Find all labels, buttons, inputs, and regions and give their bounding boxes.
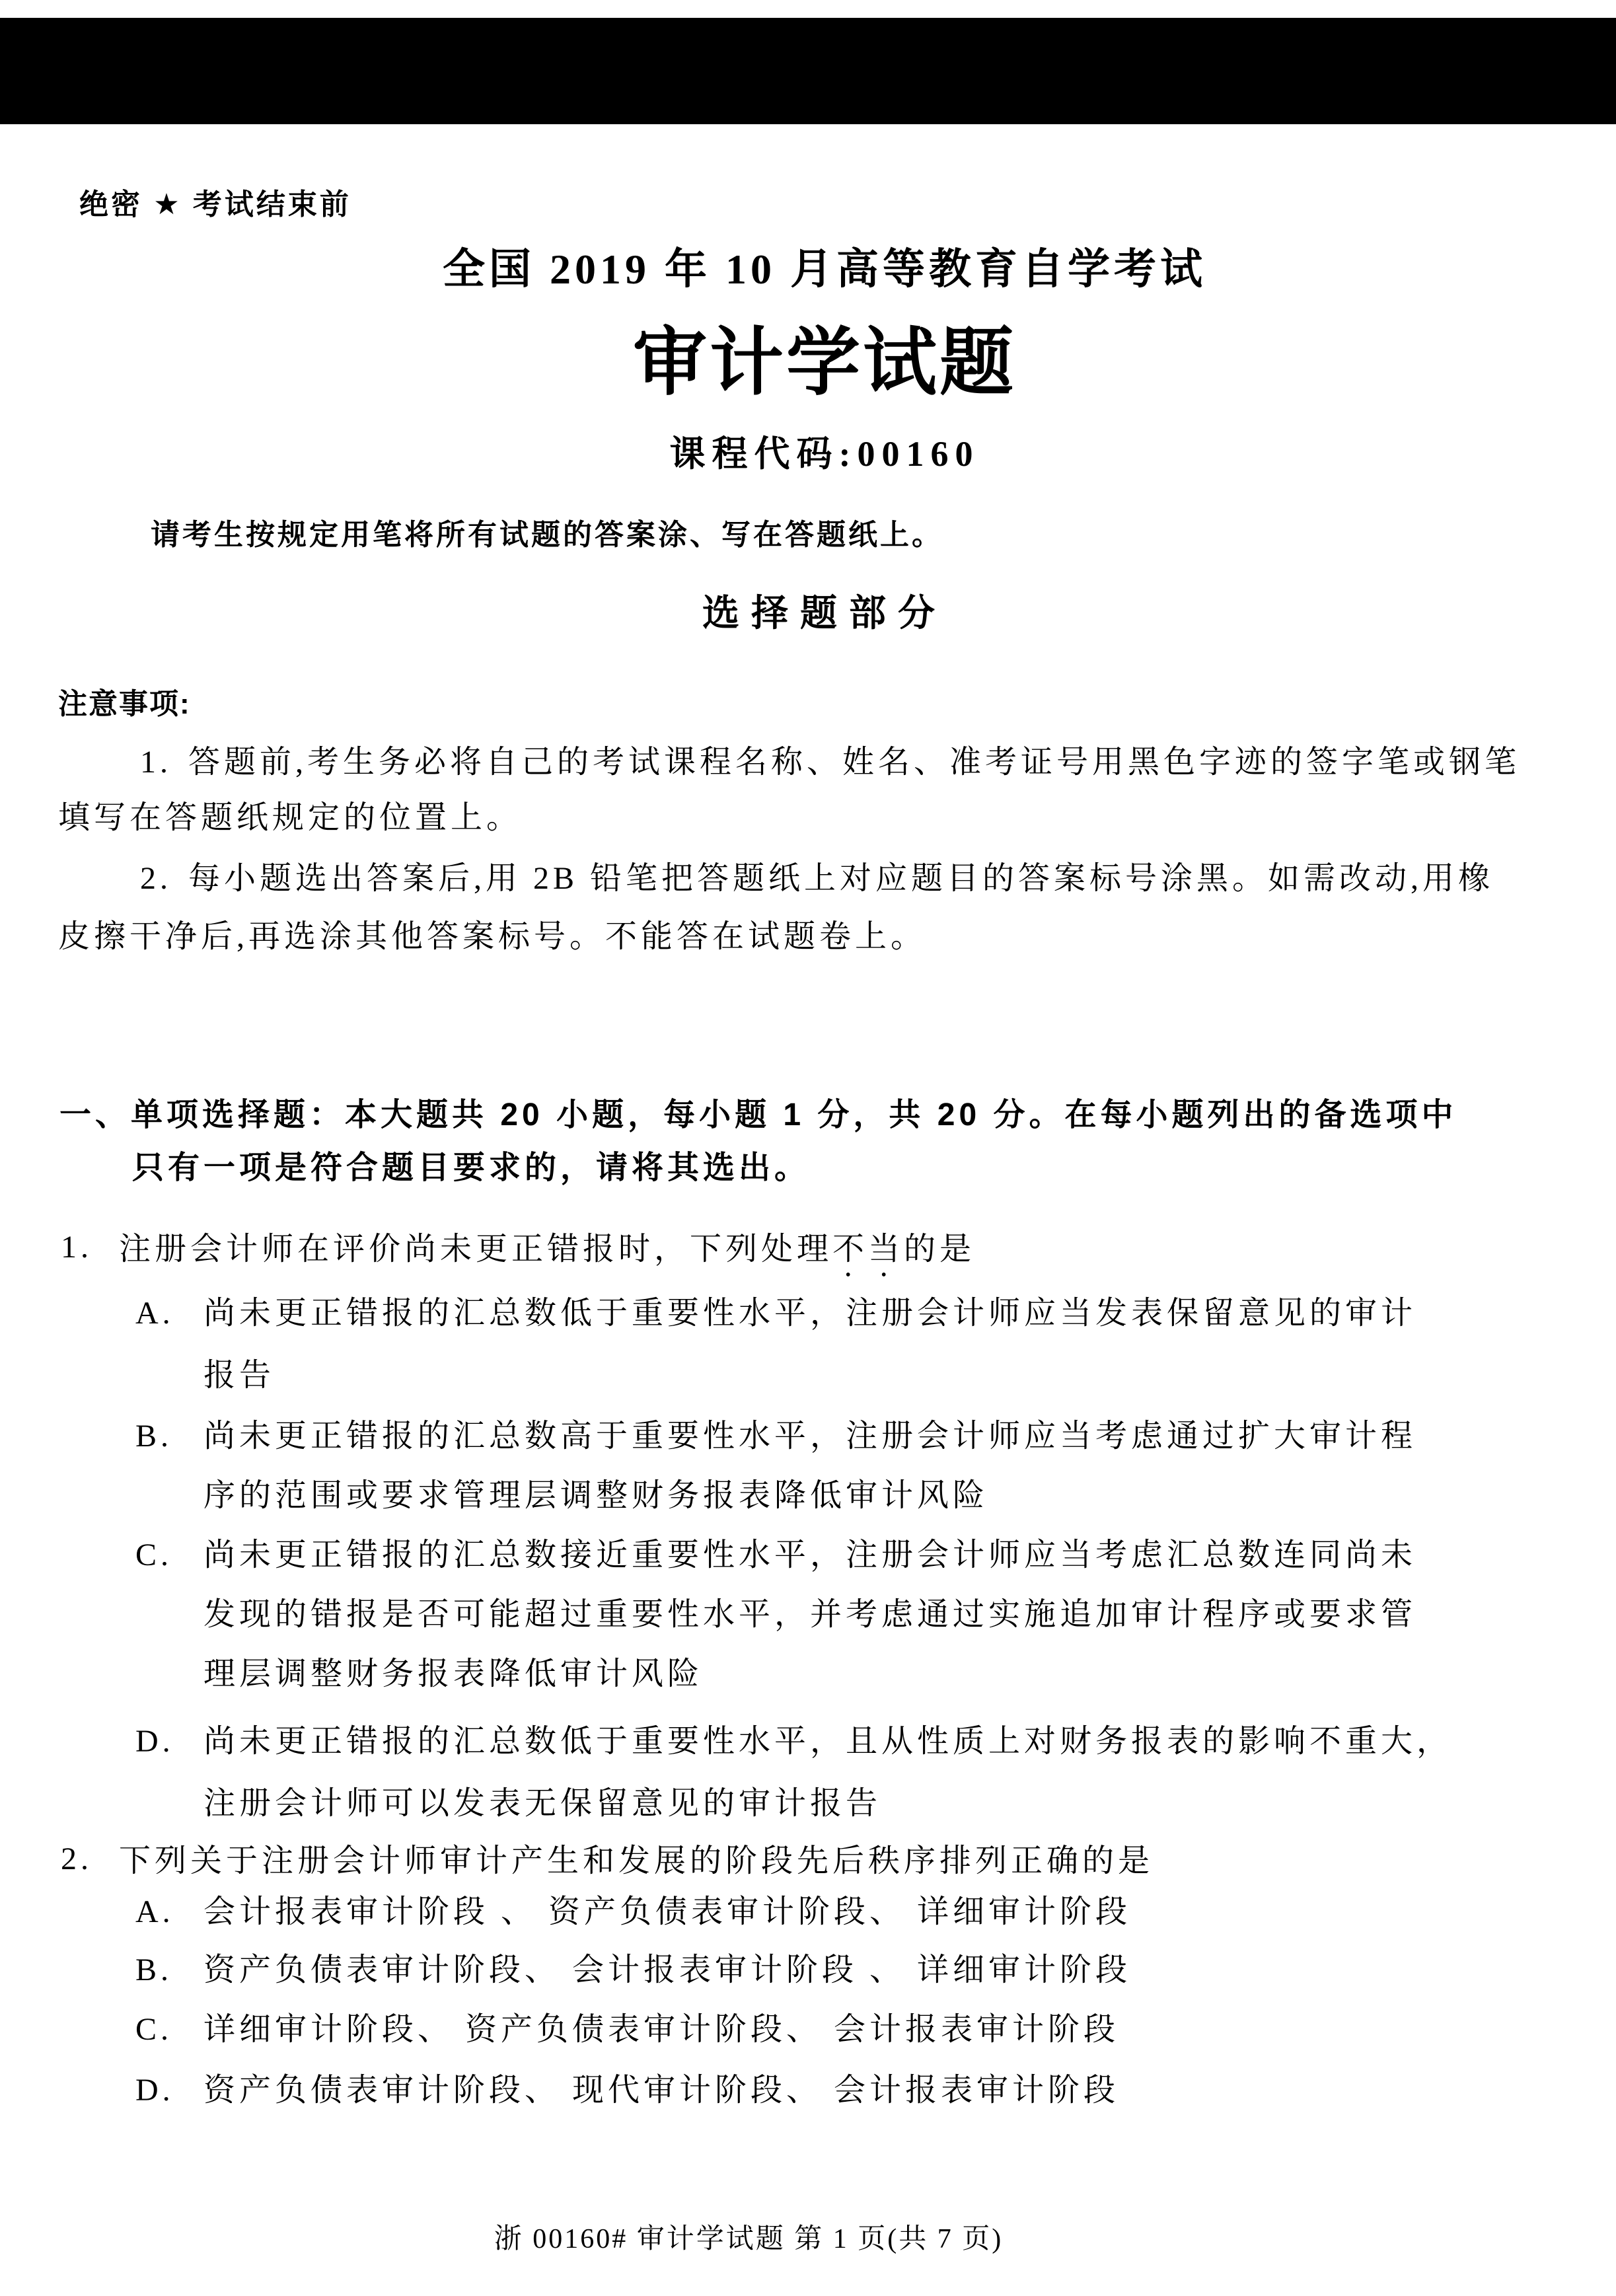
section-header-text: 只有一项是符合题目要求的，请将其选出。 (132, 1152, 810, 1184)
confidential-banner-bar (0, 18, 1616, 124)
note-item-text: 每小题选出答案后,用 2B 铅笔把答题纸上对应题目的答案标号涂黑。如需改动,用橡 (188, 863, 1494, 895)
option-text: 尚未更正错报的汇总数低于重要性水平，且从性质上对财务报表的影响不重大， (203, 1726, 1452, 1758)
exam-paper-page: 绝密 ★ 考试结束前 全国 2019 年 10 月高等教育自学考试 审计学试题 … (0, 0, 1616, 2296)
q1-option-c-line-2: 发现的错报是否可能超过重要性水平，并考虑通过实施追加审计程序或要求管 (0, 1599, 1616, 1640)
note-item-number: 1. (140, 747, 172, 778)
exam-title: 全国 2019 年 10 月高等教育自学考试 (33, 248, 1616, 291)
q1-option-d-line-1: D. 尚未更正错报的汇总数低于重要性水平，且从性质上对财务报表的影响不重大， (0, 1726, 1616, 1767)
option-text: 尚未更正错报的汇总数接近重要性水平，注册会计师应当考虑汇总数连同尚未 (203, 1539, 1416, 1571)
option-text: 理层调整财务报表降低审计风险 (203, 1658, 703, 1690)
answer-instruction: 请考生按规定用笔将所有试题的答案涂、写在答题纸上。 (151, 521, 943, 550)
stem-text-pre: 下列关于注册会计师审计产生和发展的阶段先后秩序排列正确的是 (119, 1843, 1154, 1878)
option-text: 详细审计阶段、 资产负债表审计阶段、 会计报表审计阶段 (203, 2014, 1119, 2046)
stem-text-post: 的是 (904, 1232, 975, 1267)
security-notice-row: 绝密 ★ 考试结束前 (0, 190, 1616, 231)
option-label: A. (135, 1896, 174, 1928)
note-item-text: 皮擦干净后,再选涂其他答案标号。不能答在试题卷上。 (58, 921, 926, 953)
option-text: 尚未更正错报的汇总数高于重要性水平，注册会计师应当考虑通过扩大审计程 (203, 1421, 1416, 1452)
q2-option-a-line-1: A. 会计报表审计阶段 、 资产负债表审计阶段、 详细审计阶段 (0, 1896, 1616, 1937)
q1-option-b-line-1: B. 尚未更正错报的汇总数高于重要性水平，注册会计师应当考虑通过扩大审计程 (0, 1421, 1616, 1462)
q1-option-a-line-1: A. 尚未更正错报的汇总数低于重要性水平，注册会计师应当发表保留意见的审计 (0, 1298, 1616, 1339)
option-label: D. (135, 1726, 174, 1758)
stem-emphasized-text: 不当 (832, 1232, 904, 1267)
section-header-text: 一、单项选择题：本大题共 20 小题，每小题 1 分，共 20 分。在每小题列出… (59, 1099, 1457, 1131)
option-text: 资产负债表审计阶段、 现代审计阶段、 会计报表审计阶段 (203, 2075, 1119, 2106)
paper-title: 审计学试题 (33, 326, 1616, 400)
notes-title: 注意事项: (58, 690, 191, 719)
q1-option-a-line-2: 报告 (0, 1360, 1616, 1401)
answer-instruction-row: 请考生按规定用笔将所有试题的答案涂、写在答题纸上。 (0, 521, 1616, 562)
notes-title-row: 注意事项: (0, 690, 1616, 731)
q1-option-c-line-1: C. 尚未更正错报的汇总数接近重要性水平，注册会计师应当考虑汇总数连同尚未 (0, 1539, 1616, 1580)
option-text: 序的范围或要求管理层调整财务报表降低审计风险 (203, 1480, 988, 1512)
page-footer: 浙 00160# 审计学试题 第 1 页(共 7 页) (0, 2225, 1497, 2253)
part-title: 选择题部分 (33, 595, 1616, 632)
q1-option-d-line-2: 注册会计师可以发表无保留意见的审计报告 (0, 1788, 1616, 1829)
option-label: B. (135, 1954, 172, 1986)
question-stem: 注册会计师在评价尚未更正错报时，下列处理不当的是 (119, 1232, 975, 1284)
note-item-2-line-2: 皮擦干净后,再选涂其他答案标号。不能答在试题卷上。 (0, 921, 1616, 962)
option-text: 尚未更正错报的汇总数低于重要性水平，注册会计师应当发表保留意见的审计 (203, 1298, 1416, 1329)
q2-option-b-line-1: B. 资产负债表审计阶段、 会计报表审计阶段 、 详细审计阶段 (0, 1954, 1616, 1995)
section-header-line-1: 一、单项选择题：本大题共 20 小题，每小题 1 分，共 20 分。在每小题列出… (0, 1099, 1616, 1140)
note-item-2-line-1: 2. 每小题选出答案后,用 2B 铅笔把答题纸上对应题目的答案标号涂黑。如需改动… (0, 863, 1616, 904)
option-text: 资产负债表审计阶段、 会计报表审计阶段 、 详细审计阶段 (203, 1954, 1131, 1986)
option-label: C. (135, 1539, 172, 1571)
option-text: 发现的错报是否可能超过重要性水平，并考虑通过实施追加审计程序或要求管 (203, 1599, 1416, 1631)
stem-text-pre: 注册会计师在评价尚未更正错报时，下列处理 (119, 1232, 832, 1267)
section-header-line-2: 只有一项是符合题目要求的，请将其选出。 (0, 1152, 1616, 1193)
question-number: 1. (61, 1232, 92, 1263)
note-item-text: 答题前,考生务必将自己的考试课程名称、姓名、准考证号用黑色字迹的签字笔或钢笔 (188, 747, 1520, 778)
q2-option-d-line-1: D. 资产负债表审计阶段、 现代审计阶段、 会计报表审计阶段 (0, 2075, 1616, 2116)
q2-option-c-line-1: C. 详细审计阶段、 资产负债表审计阶段、 会计报表审计阶段 (0, 2014, 1616, 2055)
option-text: 报告 (203, 1360, 275, 1391)
option-label: A. (135, 1298, 174, 1329)
q1-option-b-line-2: 序的范围或要求管理层调整财务报表降低审计风险 (0, 1480, 1616, 1521)
option-label: B. (135, 1421, 172, 1452)
option-text: 会计报表审计阶段 、 资产负债表审计阶段、 详细审计阶段 (203, 1896, 1131, 1928)
question-1-stem-row: 1. 注册会计师在评价尚未更正错报时，下列处理不当的是 (0, 1232, 1616, 1273)
option-label: D. (135, 2075, 174, 2106)
question-number: 2. (61, 1843, 92, 1875)
option-label: C. (135, 2014, 172, 2046)
question-stem: 下列关于注册会计师审计产生和发展的阶段先后秩序排列正确的是 (119, 1843, 1154, 1896)
question-2-stem-row: 2. 下列关于注册会计师审计产生和发展的阶段先后秩序排列正确的是 (0, 1843, 1616, 1884)
note-item-1-line-1: 1. 答题前,考生务必将自己的考试课程名称、姓名、准考证号用黑色字迹的签字笔或钢… (0, 747, 1616, 788)
note-item-text: 填写在答题纸规定的位置上。 (58, 802, 522, 834)
note-item-1-line-2: 填写在答题纸规定的位置上。 (0, 802, 1616, 843)
security-notice: 绝密 ★ 考试结束前 (79, 190, 351, 219)
course-code: 课程代码:00160 (33, 436, 1616, 472)
note-item-number: 2. (140, 863, 172, 895)
option-text: 注册会计师可以发表无保留意见的审计报告 (203, 1788, 881, 1820)
q1-option-c-line-3: 理层调整财务报表降低审计风险 (0, 1658, 1616, 1699)
